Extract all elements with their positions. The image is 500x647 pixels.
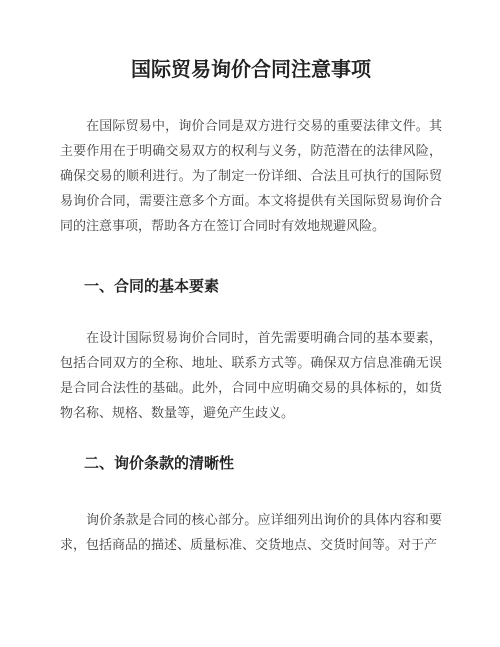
intro-paragraph: 在国际贸易中，询价合同是双方进行交易的重要法律文件。其主要作用在于明确交易双方的… — [60, 113, 442, 238]
section-1-paragraph: 在设计国际贸易询价合同时，首先需要明确合同的基本要素，包括合同双方的全称、地址、… — [60, 325, 442, 425]
document-title: 国际贸易询价合同注意事项 — [60, 54, 442, 86]
document-page: 国际贸易询价合同注意事项 在国际贸易中，询价合同是双方进行交易的重要法律文件。其… — [0, 0, 500, 647]
section-2-heading: 二、询价条款的清晰性 — [60, 452, 442, 477]
section-1-heading: 一、合同的基本要素 — [60, 275, 442, 300]
section-2-paragraph: 询价条款是合同的核心部分。应详细列出询价的具体内容和要求，包括商品的描述、质量标… — [60, 507, 442, 557]
